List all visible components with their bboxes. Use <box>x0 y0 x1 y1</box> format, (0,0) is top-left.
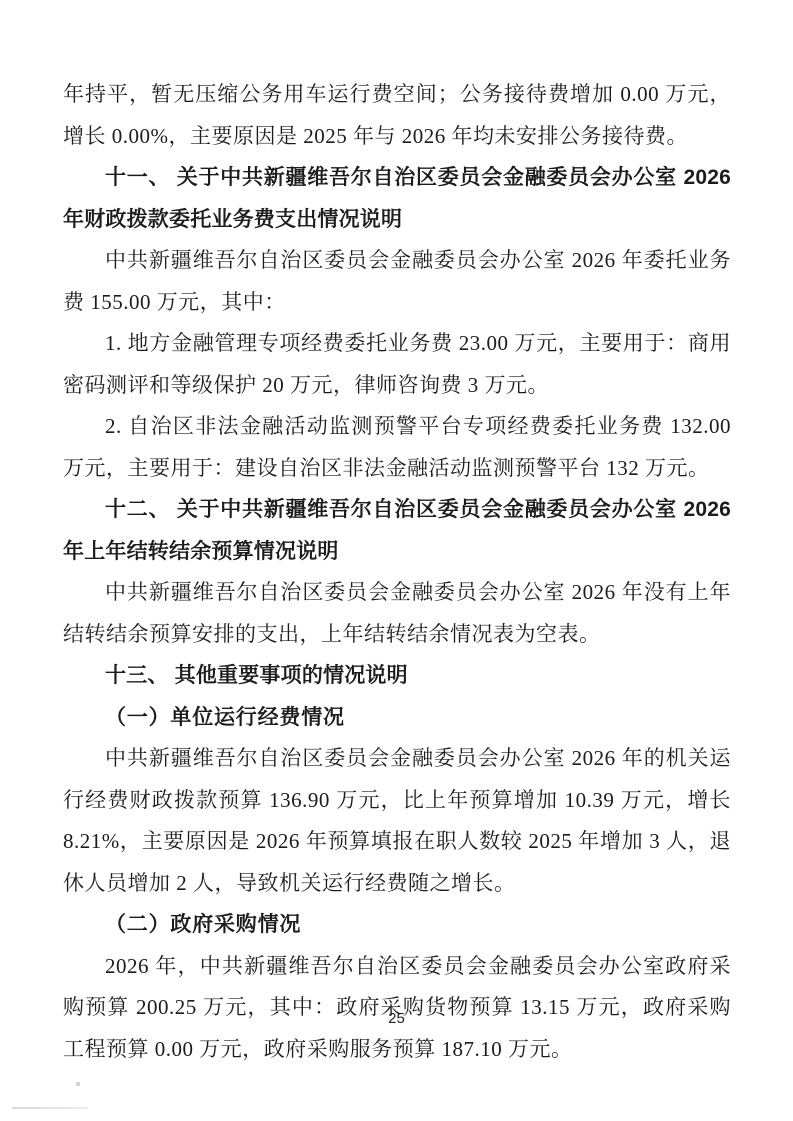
document-body: 年持平，暂无压缩公务用车运行费空间；公务接待费增加 0.00 万元，增长 0.0… <box>63 74 731 1070</box>
page-number: 25 <box>0 1010 793 1027</box>
paragraph: 中共新疆维吾尔自治区委员会金融委员会办公室 2026 年委托业务费 155.00… <box>63 240 731 323</box>
section-heading-11: 十一、 关于中共新疆维吾尔自治区委员会金融委员会办公室 2026 年财政拨款委托… <box>63 157 731 240</box>
subsection-heading-2: （二）政府采购情况 <box>63 904 731 946</box>
paragraph: 中共新疆维吾尔自治区委员会金融委员会办公室 2026 年没有上年结转结余预算安排… <box>63 572 731 655</box>
paragraph: 2. 自治区非法金融活动监测预警平台专项经费委托业务费 132.00 万元，主要… <box>63 406 731 489</box>
paragraph: 中共新疆维吾尔自治区委员会金融委员会办公室 2026 年的机关运行经费财政拨款预… <box>63 738 731 904</box>
paragraph: 2026 年，中共新疆维吾尔自治区委员会金融委员会办公室政府采购预算 200.2… <box>63 946 731 1071</box>
section-heading-12: 十二、 关于中共新疆维吾尔自治区委员会金融委员会办公室 2026 年上年结转结余… <box>63 489 731 572</box>
document-page: 年持平，暂无压缩公务用车运行费空间；公务接待费增加 0.00 万元，增长 0.0… <box>0 0 793 1121</box>
scan-artifact-line <box>12 1107 88 1109</box>
section-heading-13: 十三、 其他重要事项的情况说明 <box>63 655 731 697</box>
paragraph-continuation: 年持平，暂无压缩公务用车运行费空间；公务接待费增加 0.00 万元，增长 0.0… <box>63 74 731 157</box>
scan-artifact-speck <box>76 1082 80 1086</box>
paragraph: 1. 地方金融管理专项经费委托业务费 23.00 万元，主要用于：商用密码测评和… <box>63 323 731 406</box>
subsection-heading-1: （一）单位运行经费情况 <box>63 697 731 739</box>
